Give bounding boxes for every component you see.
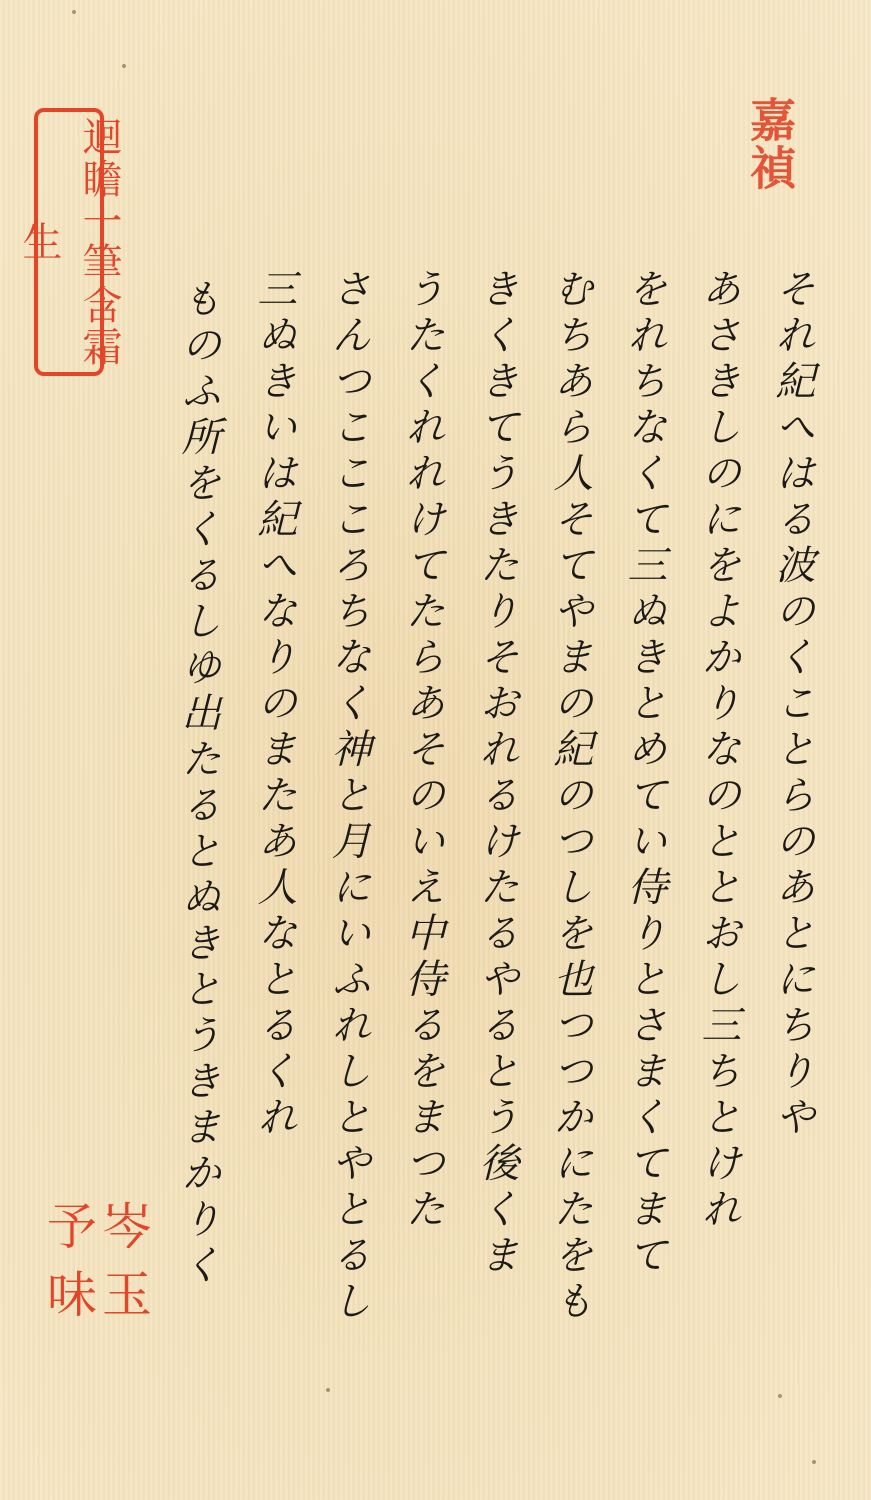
text-column-3: をれちなくて三ぬきとめてい侍りとさまくてまて: [614, 268, 674, 1280]
paper-spot: [778, 1394, 782, 1398]
text-column-4: むちあら人そてやまの紀のつしを也つつかにたをも: [540, 268, 600, 1326]
text-column-1: それ紀へはる波のくことらのあとにちりや: [762, 268, 822, 1142]
seal-bottom-left-col-2: 岑予: [40, 1200, 150, 1262]
paper-spot: [122, 64, 126, 68]
paper-spot: [326, 1388, 330, 1392]
paper-spot: [812, 1460, 816, 1464]
seal-bottom-left: 玉味 岑予: [40, 1090, 150, 1330]
text-column-8: 三ぬきいは紀へなりのまたあ人なとるくれ: [244, 268, 304, 1142]
seal-top-left: 迴瞻一筆含霜生: [34, 108, 104, 376]
seal-top-left-text: 迴瞻一筆含霜生: [9, 112, 129, 372]
text-column-9: ものふ所をくるしゆ出たるとぬきとうきまかりく: [168, 278, 228, 1290]
text-column-6: うたくれれけてたらあそのいえ中侍るをまつた: [392, 268, 452, 1234]
text-column-2: あさきしのにをよかりなのととおし三ちとけれ: [688, 268, 748, 1234]
calligraphy-sheet: 嘉禎 迴瞻一筆含霜生 玉味 岑予 それ紀へはる波のくことらのあとにちりや あさき…: [0, 0, 871, 1500]
seal-bottom-left-col-1: 玉味: [40, 1268, 150, 1330]
paper-spot: [72, 10, 76, 14]
seal-top-right: 嘉禎: [730, 84, 810, 204]
text-column-7: さんつここころちなく神と月にいふれしとやとるし: [318, 268, 378, 1326]
text-column-5: きくきてうきたりそおれるけたるやるとう後くま: [466, 268, 526, 1280]
